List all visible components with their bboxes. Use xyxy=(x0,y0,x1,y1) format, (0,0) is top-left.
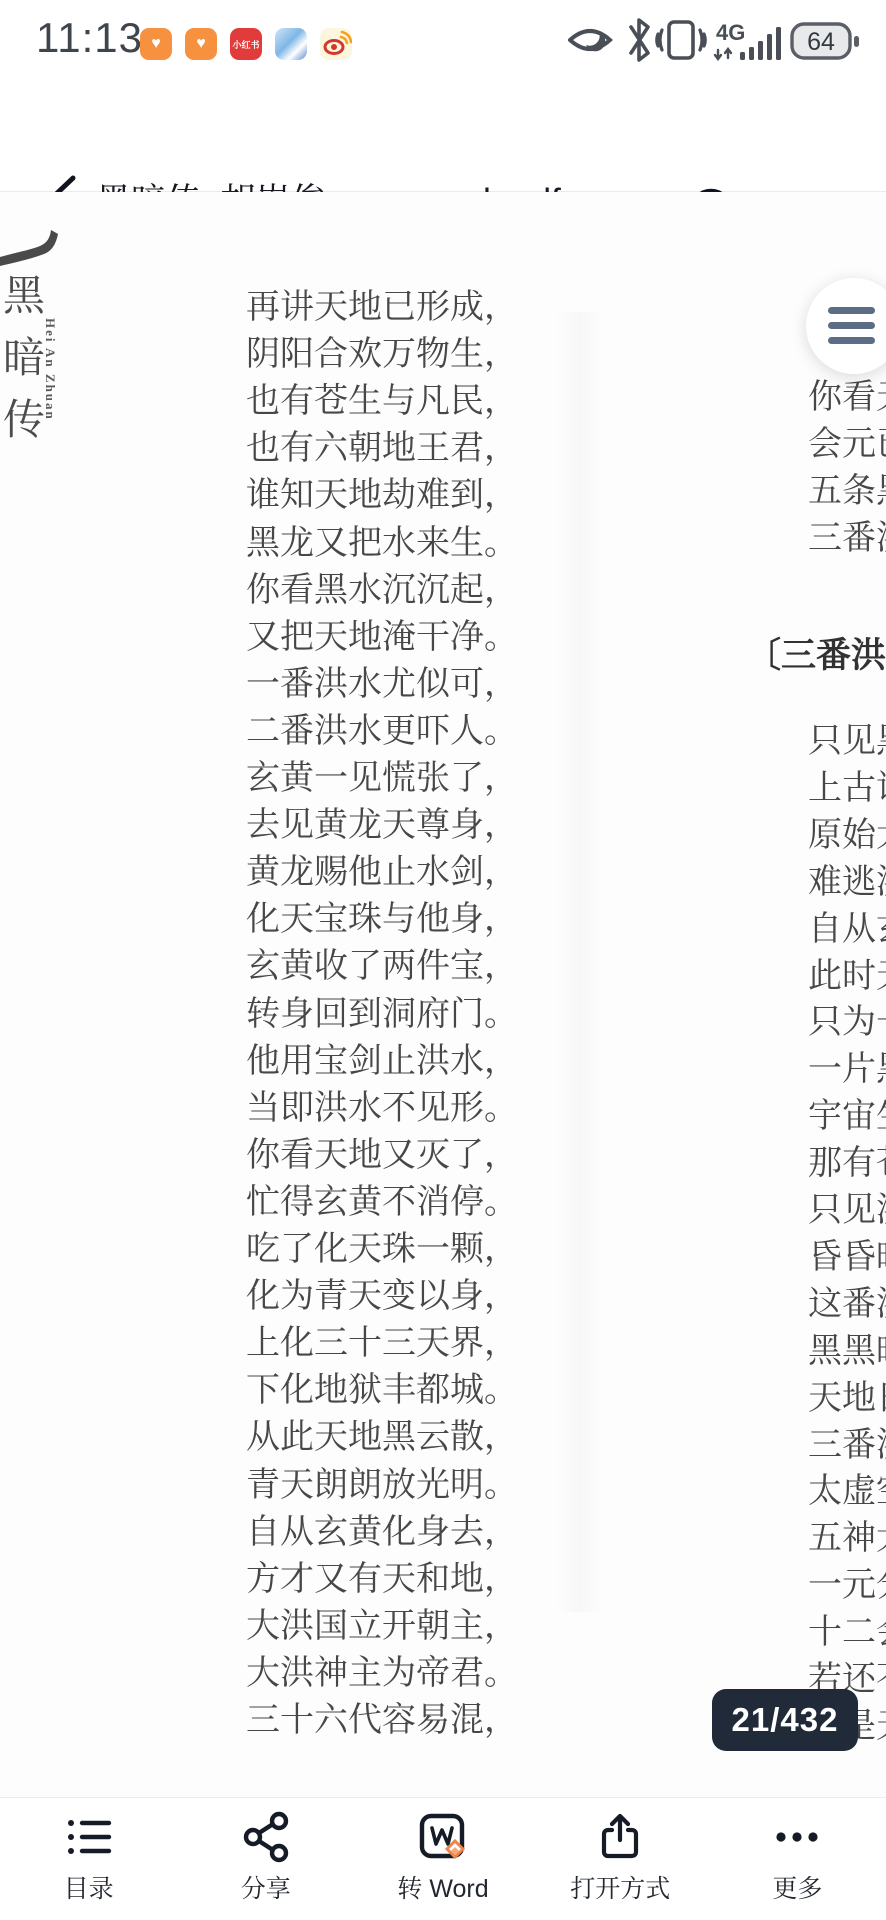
pdf-reader-screen: 11:13 ♥ ♥ 小红书 xyxy=(0,0,886,1920)
poem-line: 只为一 xyxy=(808,1003,886,1043)
heart-glyph: ♥ xyxy=(140,28,172,60)
poem-line: 一片黑 xyxy=(808,1050,886,1090)
more-dots-icon xyxy=(771,1811,823,1863)
bottom-toolbar: 目录 分享 转 Word xyxy=(0,1797,886,1920)
poem-line: 只见黑 xyxy=(808,722,886,762)
poem-line: 这番洪 xyxy=(808,1285,886,1325)
poem-line: 自从玄 xyxy=(808,910,886,950)
notification-icons: ♥ ♥ 小红书 xyxy=(140,28,352,60)
poem-line: 五神大 xyxy=(808,1519,886,1559)
xiaohongshu-glyph: 小红书 xyxy=(230,28,262,60)
poem-line: 上古讲 xyxy=(808,769,886,809)
poem-line: 黑黑暗 xyxy=(808,1332,886,1372)
word-convert-icon xyxy=(417,1811,469,1863)
pdf-page[interactable]: 黑 暗 传 Hei An Zhuan 再讲天地已形成，阴阳合欢万物生，也有苍生与… xyxy=(0,192,886,1797)
page-indicator-badge: 21/432 xyxy=(712,1689,858,1751)
toc-label: 目录 xyxy=(64,1869,114,1905)
convert-word-label: 转 Word xyxy=(397,1869,488,1905)
battery-icon: 64 xyxy=(792,24,859,58)
convert-word-button[interactable]: 转 Word xyxy=(354,1798,531,1920)
nav-bar: 黑暗传_胡崇俊...er-search.pdf xyxy=(0,80,886,192)
hamburger-icon xyxy=(828,307,875,314)
clock-time: 11:13 xyxy=(36,14,143,62)
poem-line: 那有苍 xyxy=(808,1144,886,1184)
vibrate-icon xyxy=(657,22,706,58)
poem-line: 十二会 xyxy=(808,1613,886,1653)
weibo-eye-glyph xyxy=(320,28,352,60)
toc-button[interactable]: 目录 xyxy=(0,1798,177,1920)
share-icon xyxy=(240,1811,292,1863)
more-button[interactable]: 更多 xyxy=(709,1798,886,1920)
bluetooth-icon xyxy=(631,20,648,60)
share-button[interactable]: 分享 xyxy=(177,1798,354,1920)
open-with-label: 打开方式 xyxy=(570,1869,670,1905)
open-with-button[interactable]: 打开方式 xyxy=(532,1798,709,1920)
poem-line: 原始大 xyxy=(808,816,886,856)
svg-text:64: 64 xyxy=(807,28,835,56)
hamburger-icon xyxy=(828,337,875,344)
poem-line: 太虚空 xyxy=(808,1472,886,1512)
toc-list-icon xyxy=(63,1811,115,1863)
eye-icon xyxy=(570,31,610,51)
app-weibo-icon xyxy=(320,28,352,60)
more-label: 更多 xyxy=(772,1869,822,1905)
heart-glyph: ♥ xyxy=(185,28,217,60)
app-orange-heart-icon-2: ♥ xyxy=(185,28,217,60)
app-orange-heart-icon: ♥ xyxy=(140,28,172,60)
hamburger-icon xyxy=(828,322,875,329)
poem-line: 天地日 xyxy=(808,1379,886,1419)
poem-line: 此时天 xyxy=(808,957,886,997)
app-xiaohongshu-icon: 小红书 xyxy=(230,28,262,60)
app-anime-avatar-icon xyxy=(275,28,307,60)
poem-line: 只见洪 xyxy=(808,1191,886,1231)
poem-line: 昏昏暗 xyxy=(808,1238,886,1278)
poem-line: 一元分 xyxy=(808,1566,886,1606)
status-icons: 4G 64 xyxy=(568,14,868,66)
signal-bars-icon xyxy=(740,27,781,60)
status-bar: 11:13 ♥ ♥ 小红书 xyxy=(0,0,886,80)
poem-right-column-bottom: 只见黑上古讲原始大难逃洪自从玄此时天只为一一片黑宇宙生那有苍只见洪昏昏暗这番洪黑… xyxy=(0,192,886,1797)
poem-line: 难逃洪 xyxy=(808,863,886,903)
poem-line: 三番洪 xyxy=(808,1426,886,1466)
share-label: 分享 xyxy=(241,1869,291,1905)
open-with-icon xyxy=(594,1811,646,1863)
svg-text:4G: 4G xyxy=(716,20,745,45)
poem-line: 宇宙生 xyxy=(808,1097,886,1137)
